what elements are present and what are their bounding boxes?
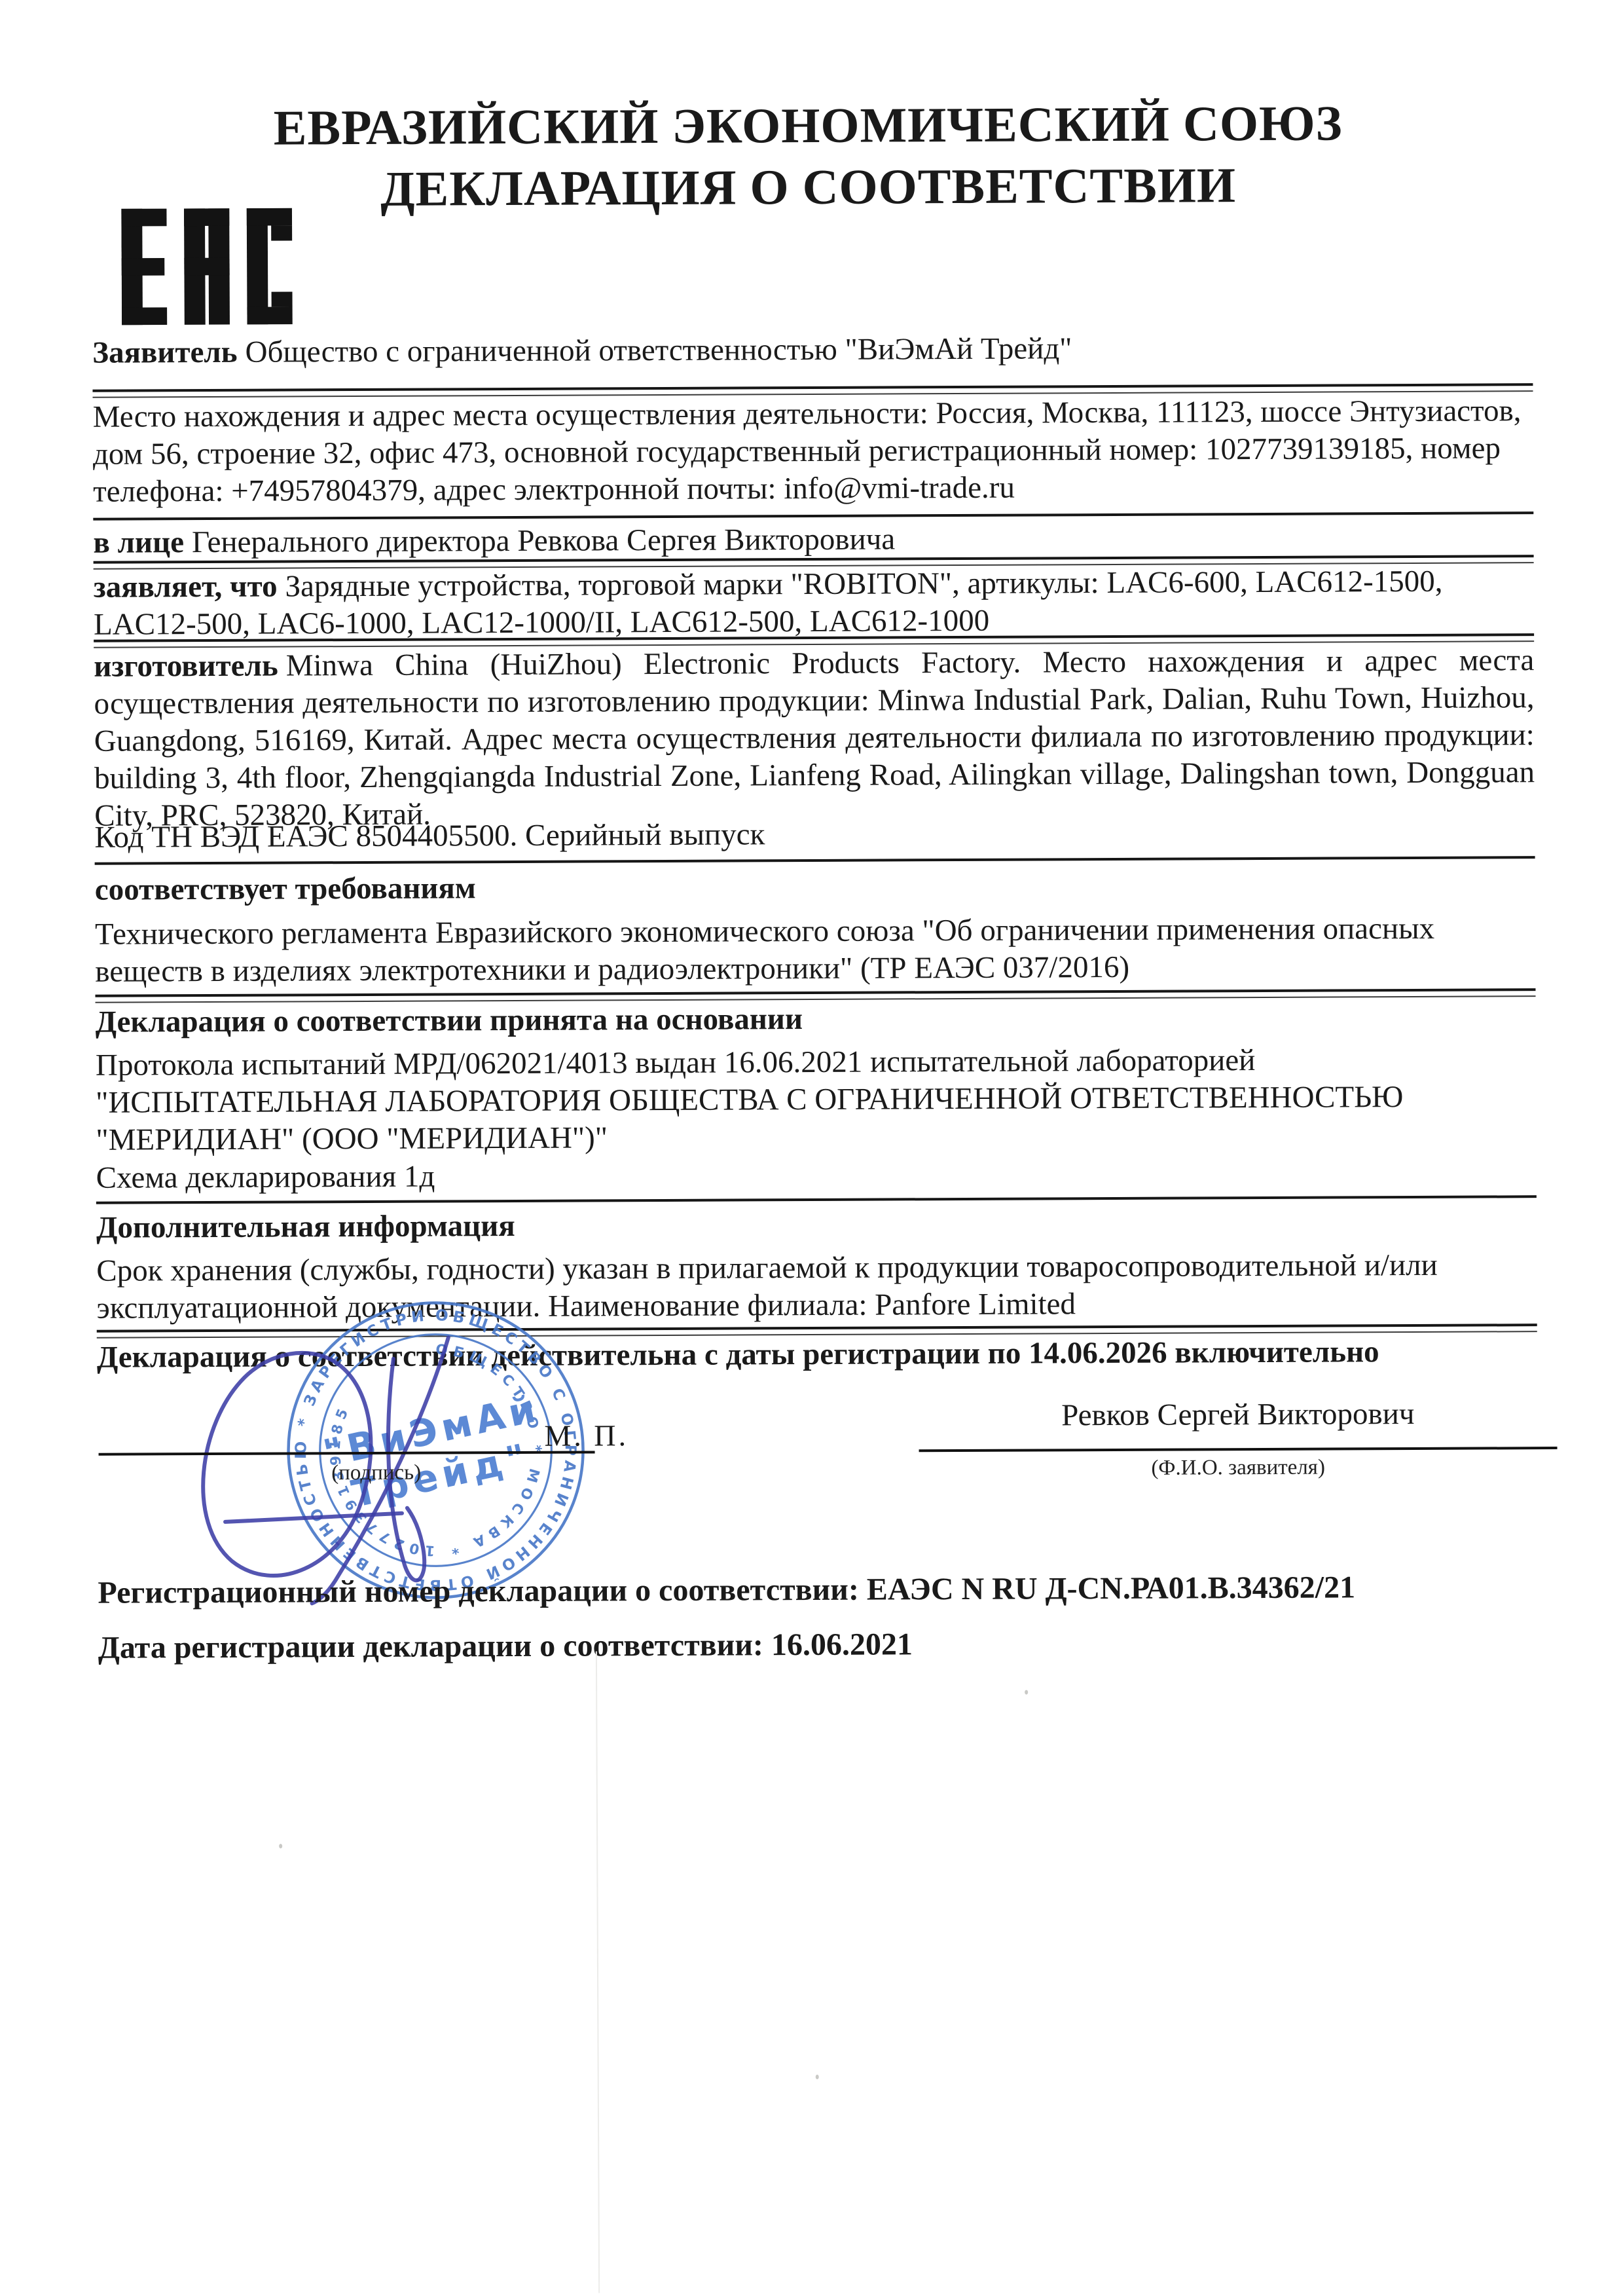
manufacturer-value: Minwa China (HuiZhou) Electronic Product…: [94, 643, 1535, 833]
eac-logo: [121, 206, 296, 326]
declares-row: заявляет, чтоЗарядные устройства, торгов…: [94, 563, 1534, 644]
divider: [96, 1195, 1537, 1204]
declares-value: Зарядные устройства, торговой марки "ROB…: [94, 565, 1443, 642]
applicant-row: ЗаявительОбщество с ограниченной ответст…: [92, 328, 1533, 372]
registration-date: Дата регистрации декларации о соответств…: [98, 1622, 1597, 1668]
declares-label: заявляет, что: [94, 570, 285, 604]
applicant-label: Заявитель: [92, 335, 246, 370]
basis-text: Протокола испытаний МРД/062021/4013 выда…: [96, 1041, 1537, 1159]
scan-speck: [1025, 1690, 1028, 1695]
complies-heading: соответствует требованиям: [95, 865, 1535, 909]
signature-caption: (подпись): [272, 1460, 481, 1485]
scan-fold-line: [596, 1651, 600, 2293]
applicant-value: Общество с ограниченной ответственностью…: [245, 331, 1072, 369]
manufacturer-label: изготовитель: [94, 648, 286, 683]
tnved-row: Код ТН ВЭД ЕАЭС 8504405500. Серийный вып…: [94, 813, 1535, 857]
declaration-of-conformity-scan: ЕВРАЗИЙСКИЙ ЭКОНОМИЧЕСКИЙ СОЮЗ ДЕКЛАРАЦИ…: [0, 0, 1623, 2296]
address-row: Место нахождения и адрес места осуществл…: [93, 392, 1534, 511]
basis-heading: Декларация о соответствии принята на осн…: [96, 997, 1536, 1041]
signer-name: Ревков Сергей Викторович: [919, 1396, 1557, 1434]
address-value: Место нахождения и адрес места осуществл…: [93, 394, 1522, 509]
divider: [95, 856, 1535, 865]
in-person-label: в лице: [93, 525, 192, 560]
tnved-value: Код ТН ВЭД ЕАЭС 8504405500. Серийный вып…: [94, 817, 765, 854]
scheme-row: Схема декларирования 1д: [96, 1153, 1537, 1197]
in-person-value: Генерального директора Ревкова Сергея Ви…: [192, 522, 895, 559]
signer-name-line: [919, 1447, 1558, 1452]
page-title-line1: ЕВРАЗИЙСКИЙ ЭКОНОМИЧЕСКИЙ СОЮЗ: [0, 92, 1620, 160]
stamp-place-label: М. П.: [544, 1418, 629, 1453]
registration-number: Регистрационный номер декларации о соотв…: [98, 1567, 1597, 1613]
scan-speck: [816, 2075, 819, 2079]
complies-text: Технического регламента Евразийского эко…: [95, 910, 1535, 991]
additional-heading: Дополнительная информация: [96, 1203, 1537, 1247]
signer-name-caption: (Ф.И.О. заявителя): [919, 1454, 1558, 1481]
manufacturer-row: изготовительMinwa China (HuiZhou) Electr…: [94, 642, 1535, 835]
scan-speck: [279, 1844, 282, 1849]
